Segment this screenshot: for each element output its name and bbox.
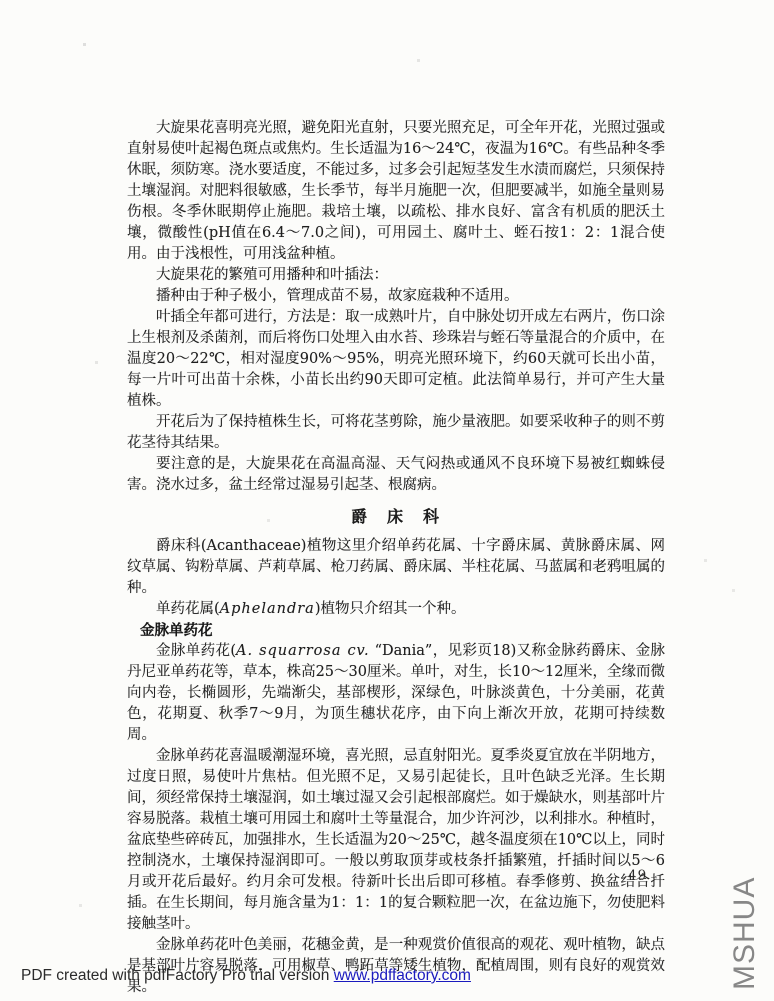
- footer-text: PDF created with pdfFactory Pro trial ve…: [21, 967, 334, 984]
- body-paragraph-3: 播种由于种子极小，管理成苗不易，故家庭栽种不适用。: [127, 286, 665, 307]
- body-paragraph-9: 金脉单药花(A. squarrosa cv. “Dania”，见彩页18)又称金…: [127, 641, 665, 746]
- paragraph-9-text: 金脉单药花(: [156, 643, 236, 659]
- page-body-text: 大旋果花喜明亮光照，避免阳光直射，只要光照充足，可全年开花，光照过强或直射易使叶…: [127, 118, 665, 998]
- body-paragraph-6: 要注意的是，大旋果花在高温高湿、天气闷热或通风不良环境下易被红蜘蛛侵害。浇水过多…: [127, 454, 665, 496]
- scanned-book-page: 大旋果花喜明亮光照，避免阳光直射，只要光照充足，可全年开花，光照过强或直射易使叶…: [0, 0, 774, 1001]
- latin-genus-name: Aphelandra: [220, 601, 315, 617]
- body-paragraph-4: 叶插全年都可进行，方法是：取一成熟叶片，自中脉处切开成左右两片，伤口涂上生根剂及…: [127, 307, 665, 412]
- page-number: 49: [628, 868, 647, 884]
- body-paragraph-8: 单药花属(Aphelandra)植物只介绍其一个种。: [127, 599, 665, 620]
- body-paragraph-5: 开花后为了保持植株生长，可将花茎剪除，施少量液肥。如要采收种子的则不剪花茎待其结…: [127, 412, 665, 454]
- body-paragraph-7: 爵床科(Acanthaceae)植物这里介绍单药花属、十字爵床属、黄脉爵床属、网…: [127, 536, 665, 599]
- pdffactory-footer: PDF created with pdfFactory Pro trial ve…: [21, 967, 471, 985]
- scan-noise-specks: [0, 0, 1, 1]
- latin-species-name: A. squarrosa cv.: [236, 643, 370, 659]
- mshua-watermark: MSHUA: [728, 882, 764, 990]
- section-heading-acanthaceae: 爵 床 科: [127, 506, 665, 527]
- body-paragraph-1: 大旋果花喜明亮光照，避免阳光直射，只要光照充足，可全年开花，光照过强或直射易使叶…: [127, 118, 665, 265]
- body-paragraph-10: 金脉单药花喜温暖潮湿环境，喜光照，忌直射阳光。夏季炎夏宜放在半阴地方，过度日照，…: [127, 746, 665, 935]
- body-paragraph-2: 大旋果花的繁殖可用播种和叶插法：: [127, 265, 665, 286]
- plant-subheading: 金脉单药花: [140, 620, 665, 641]
- paragraph-8-text-end: )植物只介绍其一个种。: [315, 601, 466, 617]
- paragraph-8-text: 单药花属(: [156, 601, 220, 617]
- pdffactory-link[interactable]: www.pdffactory.com: [334, 967, 471, 984]
